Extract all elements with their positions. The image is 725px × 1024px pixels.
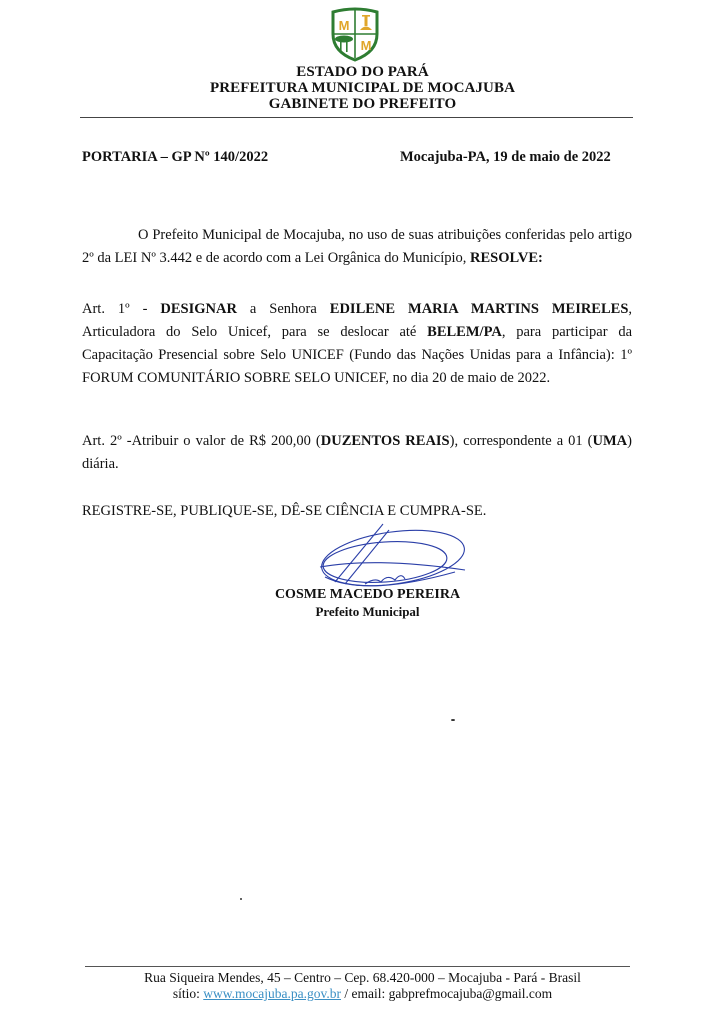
art2-middle: ), correspondente a 01 ( — [450, 433, 593, 449]
article-2: Art. 2º -Atribuir o valor de R$ 200,00 (… — [82, 430, 632, 476]
art1-line-1: Art. 1º - DESIGNAR a Senhora EDILENE MAR… — [82, 298, 632, 321]
art1-line-2: Articuladora do Selo Unicef, para se des… — [82, 321, 632, 344]
footer-divider — [85, 966, 630, 967]
website-link[interactable]: www.mocajuba.pa.gov.br — [203, 986, 341, 1001]
header-divider — [80, 117, 633, 118]
resolve-keyword: RESOLVE: — [470, 250, 543, 266]
quantity-word: UMA — [593, 433, 628, 449]
article-1: Art. 1º - DESIGNAR a Senhora EDILENE MAR… — [82, 298, 632, 390]
site-label: sítio: — [173, 986, 203, 1001]
art1-line-3: Capacitação Presencial sobre Selo UNICEF… — [82, 344, 632, 367]
email-address: gabprefmocajuba@gmail.com — [389, 986, 553, 1001]
scan-speck — [451, 719, 455, 721]
signatory-role: Prefeito Municipal — [0, 604, 725, 620]
signatory-name: COSME MACEDO PEREIRA — [0, 587, 725, 603]
scan-speck — [240, 898, 242, 900]
art2-end: ) — [627, 433, 632, 449]
portaria-number: PORTARIA – GP Nº 140/2022 — [82, 149, 268, 166]
header-municipality: PREFEITURA MUNICIPAL DE MOCAJUBA — [0, 80, 725, 96]
art1-text: a Senhora — [237, 301, 330, 317]
place-date: Mocajuba-PA, 19 de maio de 2022 — [400, 149, 611, 166]
art1-comma: , — [628, 301, 632, 317]
art1-line-4: FORUM COMUNITÁRIO SOBRE SELO UNICEF, no … — [82, 367, 632, 390]
footer-contact: sítio: www.mocajuba.pa.gov.br / email: g… — [0, 986, 725, 1002]
email-label: / email: — [341, 986, 389, 1001]
crest-letter-m-bottom: M — [361, 38, 372, 53]
art2-prefix: Art. 2º -Atribuir o valor de R$ 200,00 ( — [82, 433, 321, 449]
crest-letter-m-top: M — [339, 18, 350, 33]
municipal-crest-icon: M M — [329, 6, 381, 62]
document-page: M M ESTADO DO PARÁ PREFEITURA MUNICIPAL … — [0, 0, 725, 1024]
art2-line-1: Art. 2º -Atribuir o valor de R$ 200,00 (… — [82, 430, 632, 453]
header-office: GABINETE DO PREFEITO — [0, 96, 725, 112]
intro-paragraph: O Prefeito Municipal de Mocajuba, no uso… — [82, 224, 632, 270]
amount-words: DUZENTOS REAIS — [321, 433, 450, 449]
art1-prefix: Art. 1º - — [82, 301, 160, 317]
art2-line-2: diária. — [82, 453, 632, 476]
intro-line-1: O Prefeito Municipal de Mocajuba, no uso… — [82, 224, 632, 247]
art1-line2-text: Articuladora do Selo Unicef, para se des… — [82, 324, 427, 340]
intro-text: 2º da LEI Nº 3.442 e de acordo com a Lei… — [82, 250, 470, 266]
intro-line-2: 2º da LEI Nº 3.442 e de acordo com a Lei… — [82, 247, 632, 270]
destination: BELEM/PA — [427, 324, 502, 340]
designee-name: EDILENE MARIA MARTINS MEIRELES — [330, 301, 629, 317]
art1-verb: DESIGNAR — [160, 301, 237, 317]
art1-line2-end: , para participar da — [502, 324, 632, 340]
footer-address: Rua Siqueira Mendes, 45 – Centro – Cep. … — [0, 970, 725, 986]
closing-statement: REGISTRE-SE, PUBLIQUE-SE, DÊ-SE CIÊNCIA … — [82, 500, 632, 523]
header-state: ESTADO DO PARÁ — [0, 64, 725, 80]
